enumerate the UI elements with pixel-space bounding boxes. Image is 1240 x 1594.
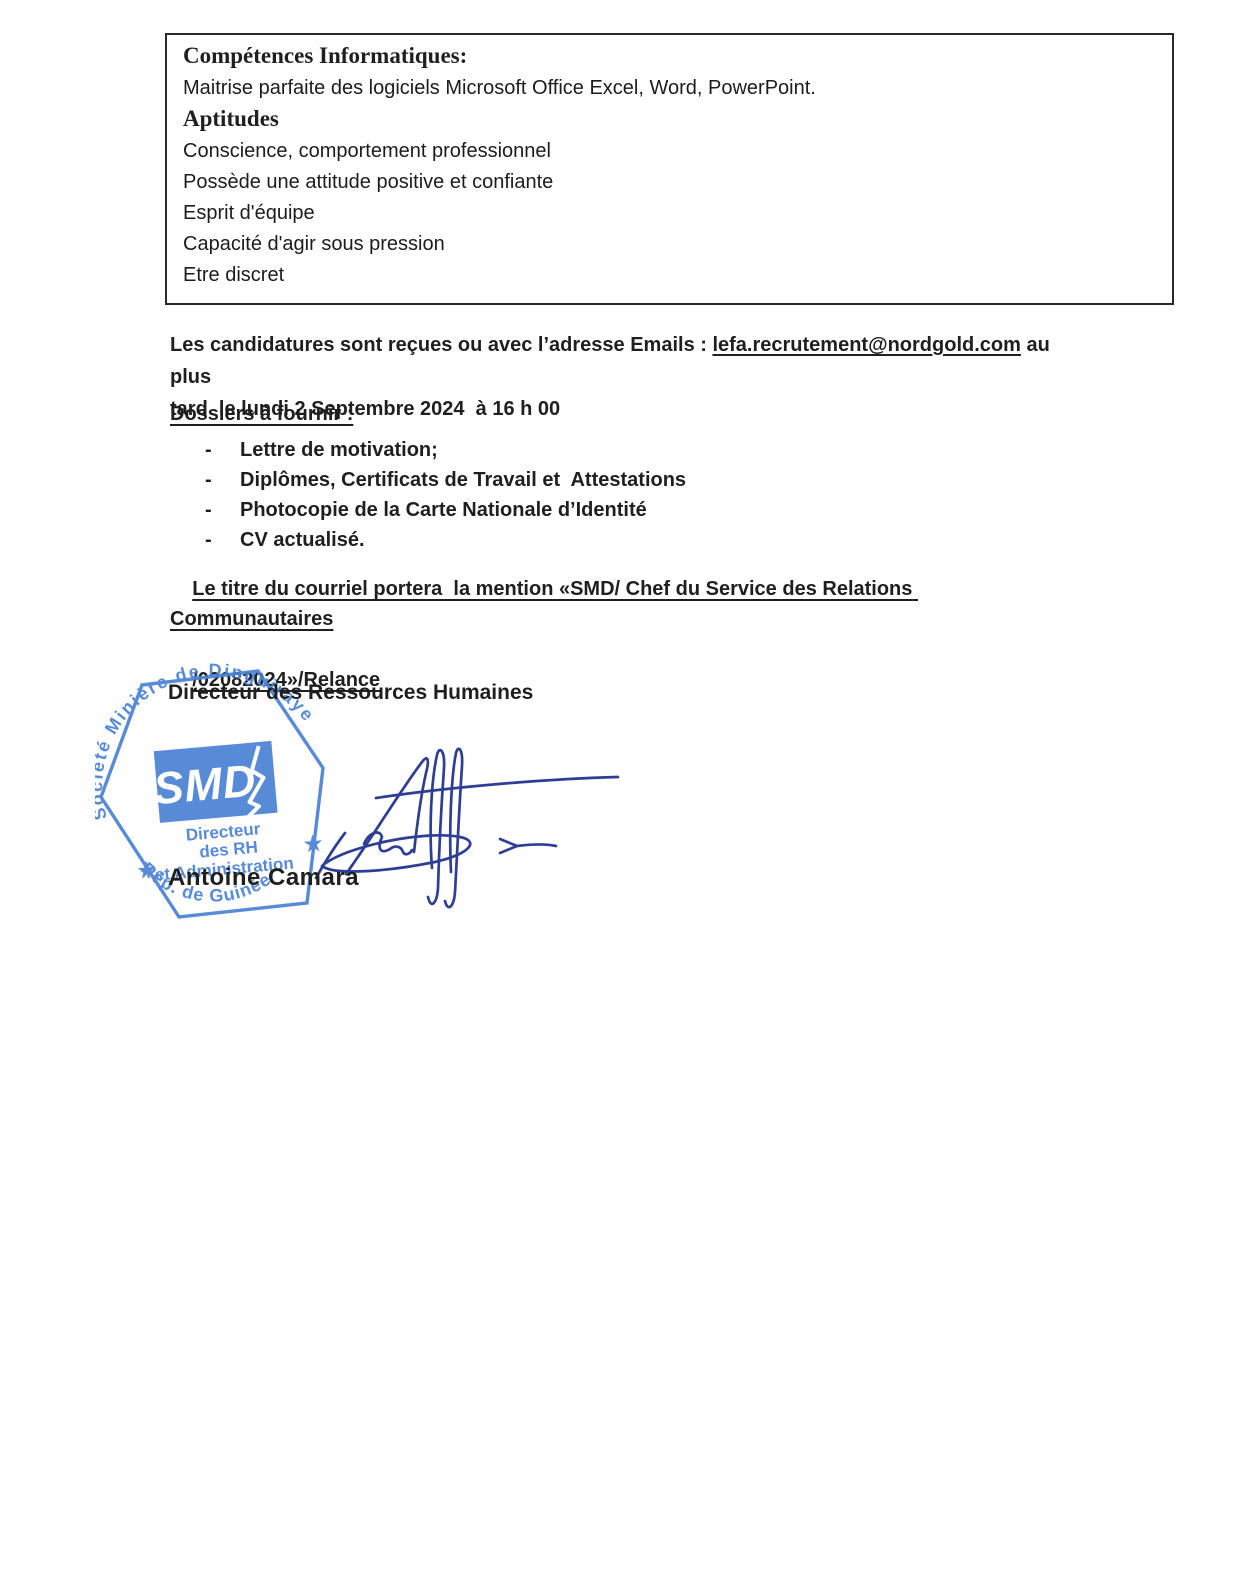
signer-name: Antoine Camara [168, 864, 359, 892]
signature-stroke [445, 749, 462, 907]
application-text-before-email: Les candidatures sont reçues ou avec l’a… [170, 334, 712, 356]
dossier-item-label: Lettre de motivation; [240, 439, 438, 462]
hr-director-title: Directeur des Ressources Humaines [168, 681, 533, 705]
dash-bullet: - [205, 469, 240, 492]
scanned-document-page: Compétences Informatiques: Maitrise parf… [0, 0, 1240, 1594]
dossier-item: - Lettre de motivation; [205, 435, 965, 465]
aptitude-line: Conscience, comportement professionnel [183, 136, 1160, 167]
signature-stroke [428, 750, 444, 904]
aptitude-line: Possède une attitude positive et confian… [183, 167, 1160, 198]
signature-stroke [500, 839, 517, 853]
smd-logo-text: SMD [151, 754, 258, 814]
dossier-item-label: Photocopie de la Carte Nationale d’Ident… [240, 499, 647, 522]
dossier-item: - Photocopie de la Carte Nationale d’Ide… [205, 495, 965, 525]
aptitude-line: Capacité d'agir sous pression [183, 229, 1160, 260]
subject-note-line1: Le titre du courriel portera la mention … [170, 578, 918, 630]
signature-scrawl [300, 740, 630, 922]
signature-stroke [346, 758, 428, 874]
aptitude-line: Etre discret [183, 260, 1160, 291]
dossier-list: - Lettre de motivation; - Diplômes, Cert… [205, 435, 965, 555]
signature-stroke [517, 845, 556, 847]
recruitment-email-text: lefa.recrutement@nordgold.com [712, 334, 1020, 356]
dossier-item: - Diplômes, Certificats de Travail et At… [205, 465, 965, 495]
dossiers-title: Dossiers à fournir : [170, 403, 353, 426]
text-maitrise-logiciels: Maitrise parfaite des logiciels Microsof… [183, 73, 1160, 104]
dash-bullet: - [205, 439, 240, 462]
skills-box: Compétences Informatiques: Maitrise parf… [165, 33, 1174, 305]
dash-bullet: - [205, 499, 240, 522]
heading-competences-informatiques: Compétences Informatiques: [183, 41, 1160, 71]
dossier-item-label: Diplômes, Certificats de Travail et Atte… [240, 469, 686, 492]
signature-stroke [364, 833, 412, 855]
signature-stroke [376, 777, 618, 798]
aptitude-line: Esprit d'équipe [183, 198, 1160, 229]
stamp-star-left-icon: ★ [135, 855, 159, 885]
heading-aptitudes: Aptitudes [183, 104, 1160, 134]
